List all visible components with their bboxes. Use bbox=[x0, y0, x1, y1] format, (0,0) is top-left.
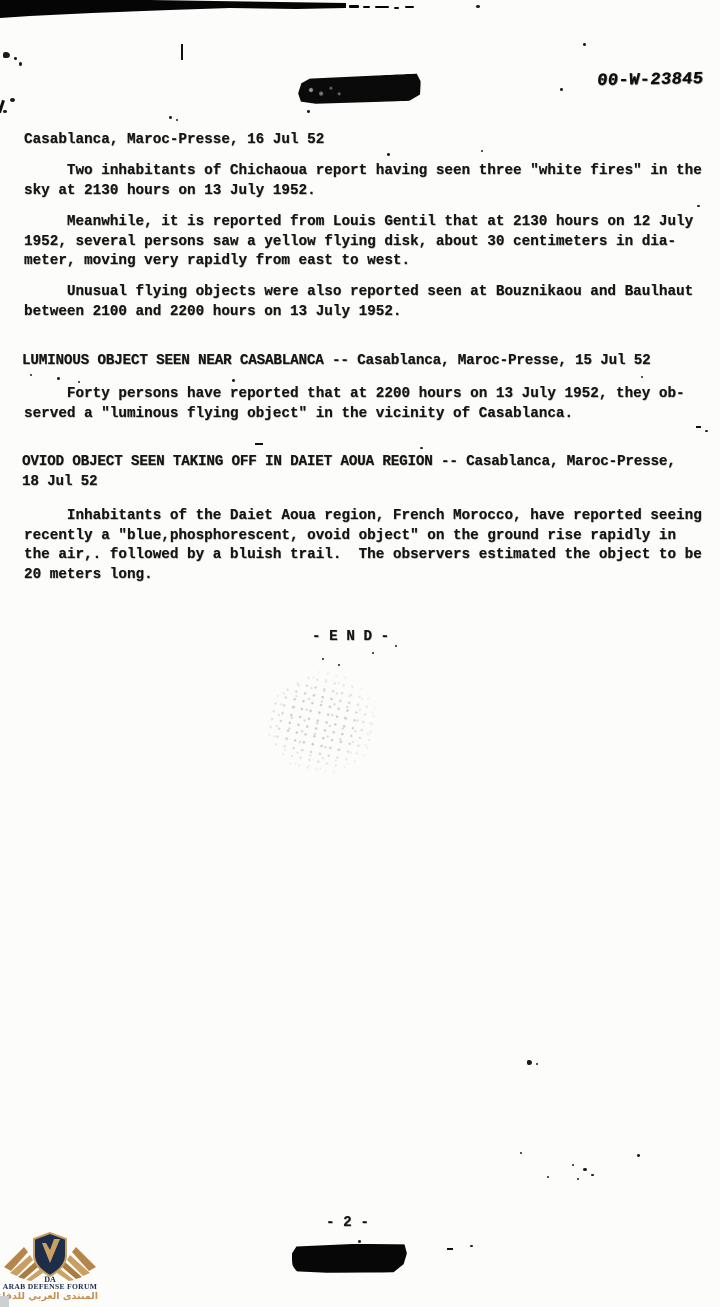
noise-speck bbox=[14, 57, 17, 60]
noise-speck bbox=[536, 1063, 538, 1065]
logo-name-english: ARAB DEFENSE FORUM bbox=[2, 1282, 98, 1291]
paragraph-bouznikaou: Unusual flying objects were also reporte… bbox=[24, 283, 693, 322]
noise-speck bbox=[577, 1178, 579, 1180]
paragraph-daiet-aoua: Inhabitants of the Daiet Aoua region, Fr… bbox=[24, 507, 702, 585]
paragraph-chichaoua: Two inhabitants of Chichaoua report havi… bbox=[24, 162, 702, 201]
noise-speck bbox=[476, 5, 480, 8]
noise-speck bbox=[78, 381, 80, 383]
noise-speck bbox=[30, 374, 32, 376]
noise-speck bbox=[307, 110, 310, 113]
noise-speck bbox=[176, 119, 178, 121]
noise-speck bbox=[583, 1168, 587, 1171]
dateline: Casablanca, Maroc-Presse, 16 Jul 52 bbox=[24, 131, 324, 151]
paragraph-louis-gentil: Meanwhile, it is reported from Louis Gen… bbox=[24, 213, 693, 272]
noise-speck bbox=[19, 62, 22, 66]
noise-speck bbox=[547, 1176, 549, 1178]
noise-speck bbox=[322, 658, 324, 660]
eagle-shield-emblem: DA bbox=[2, 1231, 98, 1283]
noise-speck bbox=[583, 43, 586, 46]
noise-speck bbox=[232, 379, 235, 382]
noise-speck bbox=[447, 1248, 453, 1250]
noise-speck bbox=[395, 645, 397, 647]
corner-gray-box bbox=[0, 1296, 9, 1307]
end-marker: - E N D - bbox=[312, 628, 389, 648]
paragraph-forty-persons: Forty persons have reported that at 2200… bbox=[24, 385, 685, 424]
noise-speck bbox=[3, 52, 10, 58]
noise-speck bbox=[3, 110, 7, 113]
noise-speck bbox=[572, 1164, 574, 1166]
noise-speck bbox=[481, 150, 483, 152]
scanned-document-page: 00-W-23845 Casablanca, Maroc-Presse, 16 … bbox=[0, 0, 720, 1307]
noise-speck bbox=[57, 377, 60, 380]
noise-speck bbox=[358, 1240, 361, 1243]
noise-speck bbox=[705, 430, 708, 432]
noise-speck bbox=[641, 376, 643, 378]
arab-defense-forum-watermark: DA ARAB DEFENSE FORUM المنتدى العربي للد… bbox=[2, 1231, 98, 1307]
noise-speck bbox=[420, 447, 423, 449]
noise-speck bbox=[591, 1174, 594, 1176]
noise-speck bbox=[387, 153, 390, 156]
scan-smudge bbox=[258, 660, 389, 786]
scan-smear-dash bbox=[405, 6, 414, 8]
scan-smear-dash bbox=[363, 6, 370, 8]
noise-speck bbox=[560, 88, 563, 91]
noise-speck bbox=[470, 1245, 473, 1247]
noise-speck bbox=[637, 1154, 640, 1157]
scan-smear-dash bbox=[349, 5, 359, 8]
redaction-stamp-top bbox=[297, 73, 421, 105]
noise-speck bbox=[520, 1152, 522, 1154]
noise-speck bbox=[697, 205, 700, 207]
noise-speck bbox=[338, 664, 340, 666]
noise-speck bbox=[372, 652, 374, 654]
noise-speck bbox=[696, 426, 701, 428]
logo-name-arabic: المنتدى العربي للدفاع والتسليح bbox=[2, 1291, 98, 1303]
page-number: - 2 - bbox=[326, 1214, 369, 1234]
section-heading-luminous-object: LUMINOUS OBJECT SEEN NEAR CASABLANCA -- … bbox=[22, 352, 650, 372]
noise-speck bbox=[10, 98, 15, 102]
noise-speck bbox=[527, 1060, 532, 1065]
section-heading-oviod-object: OVIOD OBJECT SEEN TAKING OFF IN DAIET AO… bbox=[22, 453, 676, 492]
noise-tick bbox=[181, 44, 183, 60]
scan-smear-dash bbox=[375, 6, 389, 8]
scan-smear-top bbox=[0, 0, 346, 18]
noise-speck bbox=[169, 116, 172, 119]
document-number: 00-W-23845 bbox=[596, 69, 705, 93]
redaction-stamp-bottom bbox=[292, 1243, 407, 1274]
scan-smear-dash bbox=[394, 7, 399, 9]
noise-speck bbox=[255, 443, 263, 445]
